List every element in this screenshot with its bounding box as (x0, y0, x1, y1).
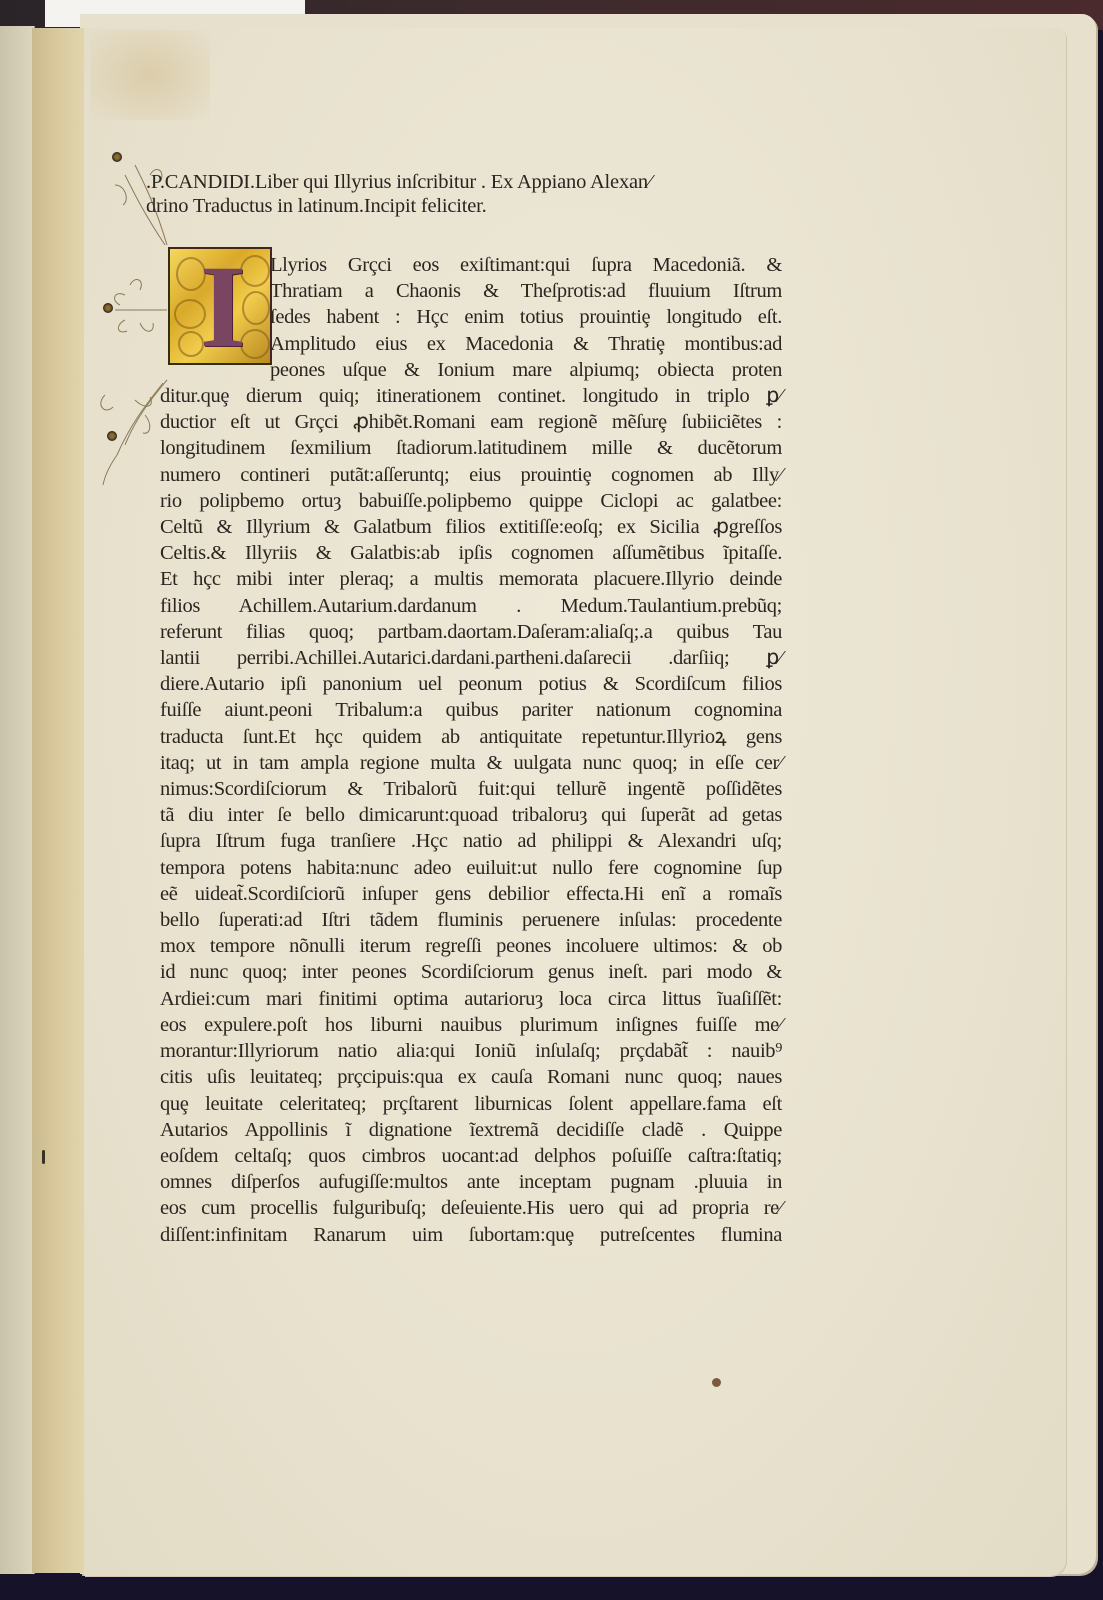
text-line: Autarios Appollinis ĩ dignatione ĩextrem… (160, 1117, 782, 1143)
text-line: lantii perribi.Achillei.Autarici.dardani… (160, 645, 782, 671)
text-line: Amplitudo eius ex Macedonia & Thratiȩ mo… (270, 331, 782, 357)
text-line: eos cum procellis fulguribuſq; deſeuient… (160, 1195, 782, 1221)
text-line: Celtis.& Illyriis & Galatbis:ab ipſis co… (160, 540, 782, 566)
marginal-dot-icon (107, 431, 117, 441)
text-line: longitudinem ſexmilium ſtadiorum.latitud… (160, 435, 782, 461)
text-line: peones uſque & Ionium mare alpiumq; obie… (270, 357, 782, 383)
text-line: fuiſſe aiunt.peoni Tribalum:a quibus par… (160, 697, 782, 723)
marginal-dot-icon (103, 303, 113, 313)
heading-line-2: drino Traductus in latinum.Incipit felic… (146, 194, 786, 218)
gutter-stain (32, 28, 88, 1573)
text-line: Et hçc mibi inter pleraq; a multis memor… (160, 566, 782, 592)
text-line: ditur.quȩ dierum quiq; itinerationem con… (160, 383, 782, 409)
text-line: numero contineri putãt:aſſeruntq; eius p… (160, 462, 782, 488)
text-line: morantur:Illyriorum natio alia:qui Ioniũ… (160, 1038, 782, 1064)
text-line: diſſent:infinitam Ranarum uim ſubortam:q… (160, 1222, 782, 1248)
text-line: ſupra Iſtrum fuga tranſiere .Hçc natio a… (160, 828, 782, 854)
text-line: Celtũ & Illyrium & Galatbum filios extit… (160, 514, 782, 540)
text-line: diere.Autario ipſi panonium uel peonum p… (160, 671, 782, 697)
text-line: ductior eſt ut Grçci ꝓhibẽt.Romani eam r… (160, 409, 782, 435)
text-line: Llyrios Grçci eos exiſtimant:qui ſupra M… (270, 252, 782, 278)
edge-mark (42, 1150, 45, 1164)
facing-page-edge (0, 26, 35, 1574)
text-line: id nunc quoq; inter peones Scordiſciorum… (160, 959, 782, 985)
text-line: tã diu inter ſe bello dimicarunt:quoad t… (160, 802, 782, 828)
text-line: filios Achillem.Autarium.dardanum . Medu… (160, 593, 782, 619)
text-line: Ardiei:cum mari finitimi optima autarior… (160, 986, 782, 1012)
text-line: mox tempore nõnulli iterum regreſſi peon… (160, 933, 782, 959)
text-line: referunt filias quoq; partbam.daortam.Da… (160, 619, 782, 645)
text-line: tempora potens habita:nunc adeo euiluit:… (160, 855, 782, 881)
text-line: bello ſuperati:ad Iſtri tãdem fluminis p… (160, 907, 782, 933)
text-line: quȩ leuitate celeritateq; prçſtarent lib… (160, 1091, 782, 1117)
text-line: eos expulere.poſt hos liburni nauibus pl… (160, 1012, 782, 1038)
water-stain (90, 30, 210, 120)
marginal-dot-icon (112, 152, 122, 162)
text-line: itaq; ut in tam ampla regione multa & uu… (160, 750, 782, 776)
text-line: omnes diſperſos aufugiſſe:multos ante in… (160, 1169, 782, 1195)
text-line: eẽ uideat̃.Scordiſciorũ inſuper gens deb… (160, 881, 782, 907)
heading-line-1: .P.CANDIDI.Liber qui Illyrius inſcribitu… (146, 170, 786, 194)
text-block: .P.CANDIDI.Liber qui Illyrius inſcribitu… (146, 170, 786, 218)
text-line: ſedes habent : Hçc enim totius prouintiȩ… (270, 304, 782, 330)
paper-spot (712, 1378, 721, 1387)
text-line: traducta ſunt.Et hçc quidem ab antiquita… (160, 724, 782, 750)
text-line: eoſdem celtaſq; quos cimbros uocant:ad d… (160, 1143, 782, 1169)
text-line: Thratiam a Chaonis & Theſprotis:ad fluui… (270, 278, 782, 304)
text-line: rio polipbemo ortuȝ babuiſſe.polipbemo q… (160, 488, 782, 514)
body-text: Llyrios Grçci eos exiſtimant:qui ſupra M… (160, 252, 800, 1248)
text-line: nimus:Scordiſciorum & Tribalorũ fuit:qui… (160, 776, 782, 802)
text-line: citis uſis leuitateq; prçcipuis:qua ex c… (160, 1064, 782, 1090)
